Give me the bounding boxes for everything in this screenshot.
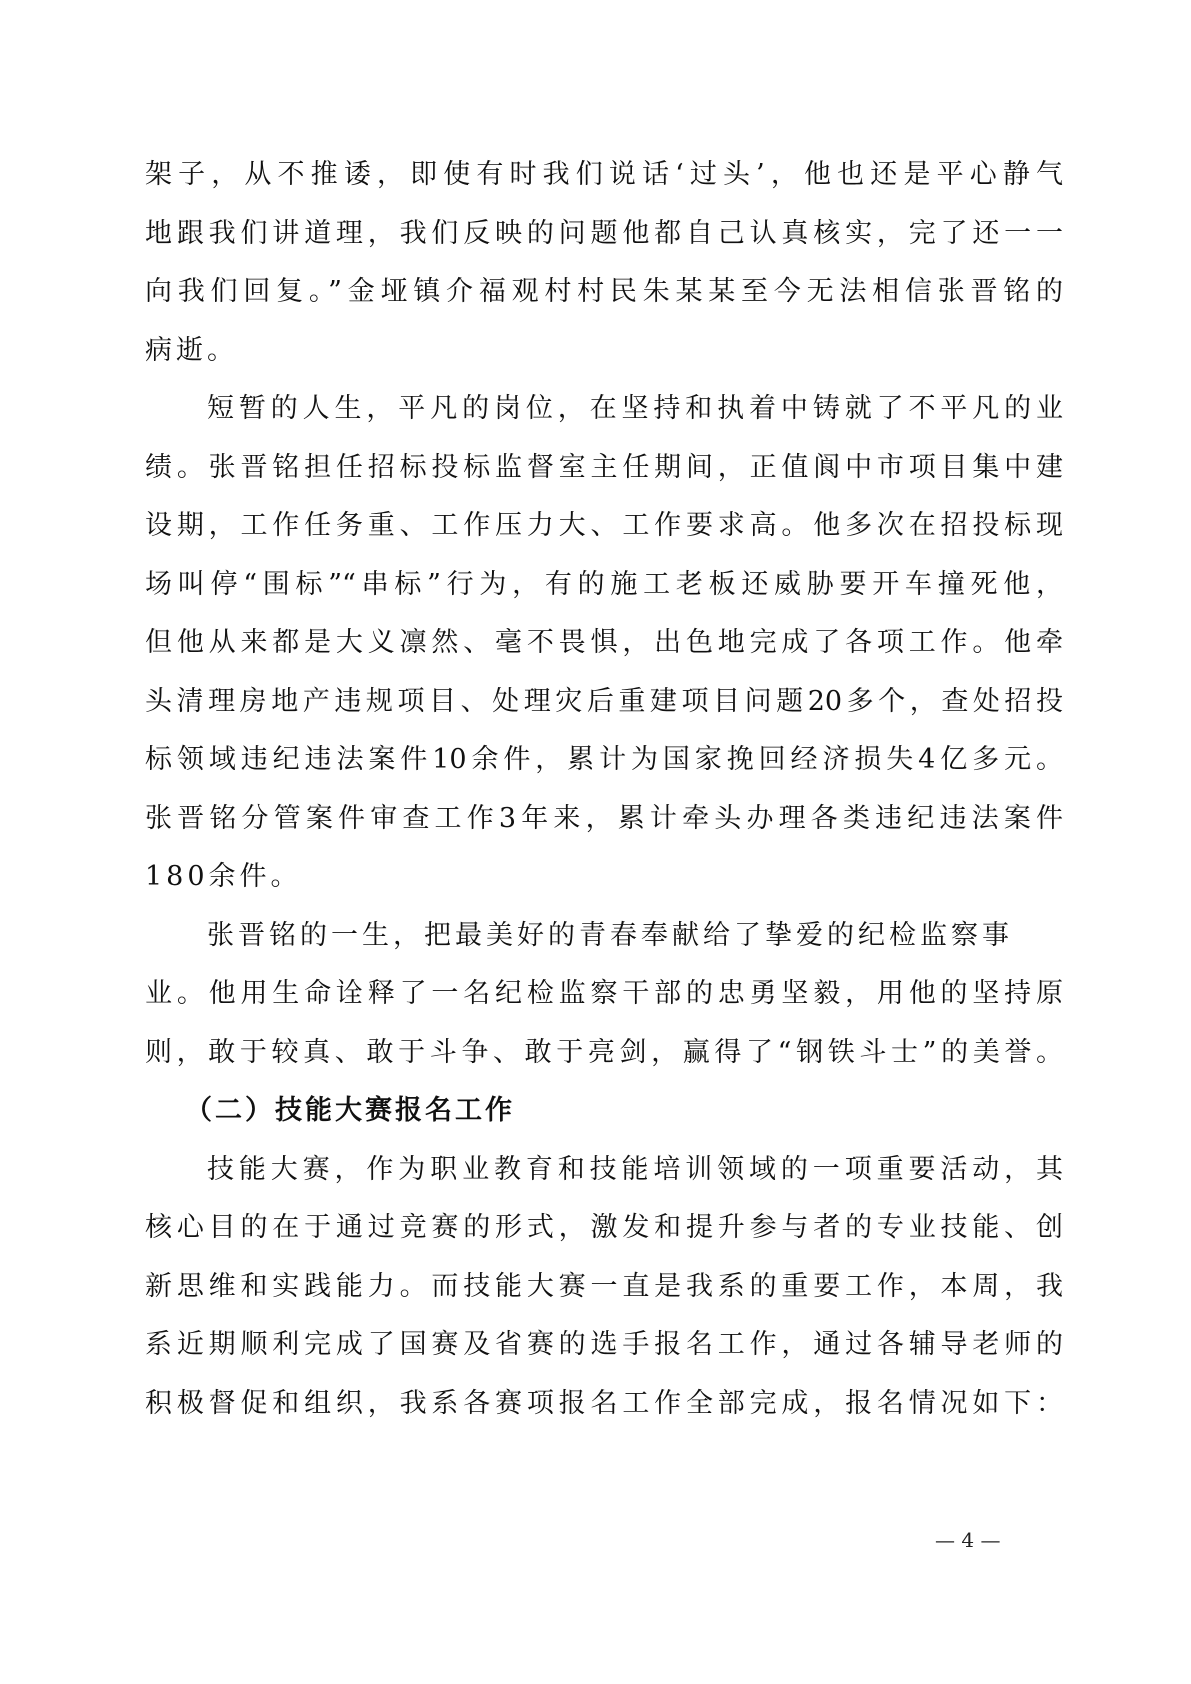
paragraph-line: 标领域违纪违法案件10余件，累计为国家挽回经济损失4亿多元。 [145, 731, 1063, 790]
document-page: 架子，从不推诿，即使有时我们说话‘过头’，他也还是平心静气 地跟我们讲道理，我们… [0, 0, 1191, 1684]
paragraph-line: 向我们回复。”金垭镇介福观村村民朱某某至今无法相信张晋铭的 [145, 263, 1063, 322]
paragraph-line: 但他从来都是大义凛然、毫不畏惧，出色地完成了各项工作。他牵 [145, 614, 1063, 673]
paragraph-line: 技能大赛，作为职业教育和技能培训领域的一项重要活动，其 [145, 1141, 1063, 1200]
paragraph-line: 张晋铭分管案件审查工作3年来，累计牵头办理各类违纪违法案件 [145, 790, 1063, 849]
paragraph-line: 架子，从不推诿，即使有时我们说话‘过头’，他也还是平心静气 [145, 146, 1063, 205]
paragraph-line: 病逝。 [145, 322, 1063, 381]
paragraph-line: 地跟我们讲道理，我们反映的问题他都自己认真核实，完了还一一 [145, 205, 1063, 264]
paragraph-line: 180余件。 [145, 848, 1063, 907]
paragraph-line: 则，敢于较真、敢于斗争、敢于亮剑，赢得了“钢铁斗士”的美誉。 [145, 1024, 1063, 1083]
paragraph-line: 核心目的在于通过竞赛的形式，激发和提升参与者的专业技能、创 [145, 1199, 1063, 1258]
paragraph-line: 业。他用生命诠释了一名纪检监察干部的忠勇坚毅，用他的坚持原 [145, 965, 1063, 1024]
paragraph-line: 积极督促和组织，我系各赛项报名工作全部完成，报名情况如下： [145, 1375, 1063, 1434]
document-body: 架子，从不推诿，即使有时我们说话‘过头’，他也还是平心静气 地跟我们讲道理，我们… [145, 146, 1063, 1433]
paragraph-line: 新思维和实践能力。而技能大赛一直是我系的重要工作，本周，我 [145, 1258, 1063, 1317]
paragraph-line: 张晋铭的一生，把最美好的青春奉献给了挚爱的纪检监察事 [145, 907, 1063, 966]
paragraph-line: 头清理房地产违规项目、处理灾后重建项目问题20多个，查处招投 [145, 673, 1063, 732]
page-number: — 4 — [935, 1528, 1000, 1552]
section-heading: （二）技能大赛报名工作 [145, 1082, 1063, 1141]
paragraph-line: 系近期顺利完成了国赛及省赛的选手报名工作，通过各辅导老师的 [145, 1316, 1063, 1375]
paragraph-line: 短暂的人生，平凡的岗位，在坚持和执着中铸就了不平凡的业 [145, 380, 1063, 439]
paragraph-line: 设期，工作任务重、工作压力大、工作要求高。他多次在招投标现 [145, 497, 1063, 556]
paragraph-line: 绩。张晋铭担任招标投标监督室主任期间，正值阆中市项目集中建 [145, 439, 1063, 498]
paragraph-line: 场叫停“围标”“串标”行为，有的施工老板还威胁要开车撞死他， [145, 556, 1063, 615]
